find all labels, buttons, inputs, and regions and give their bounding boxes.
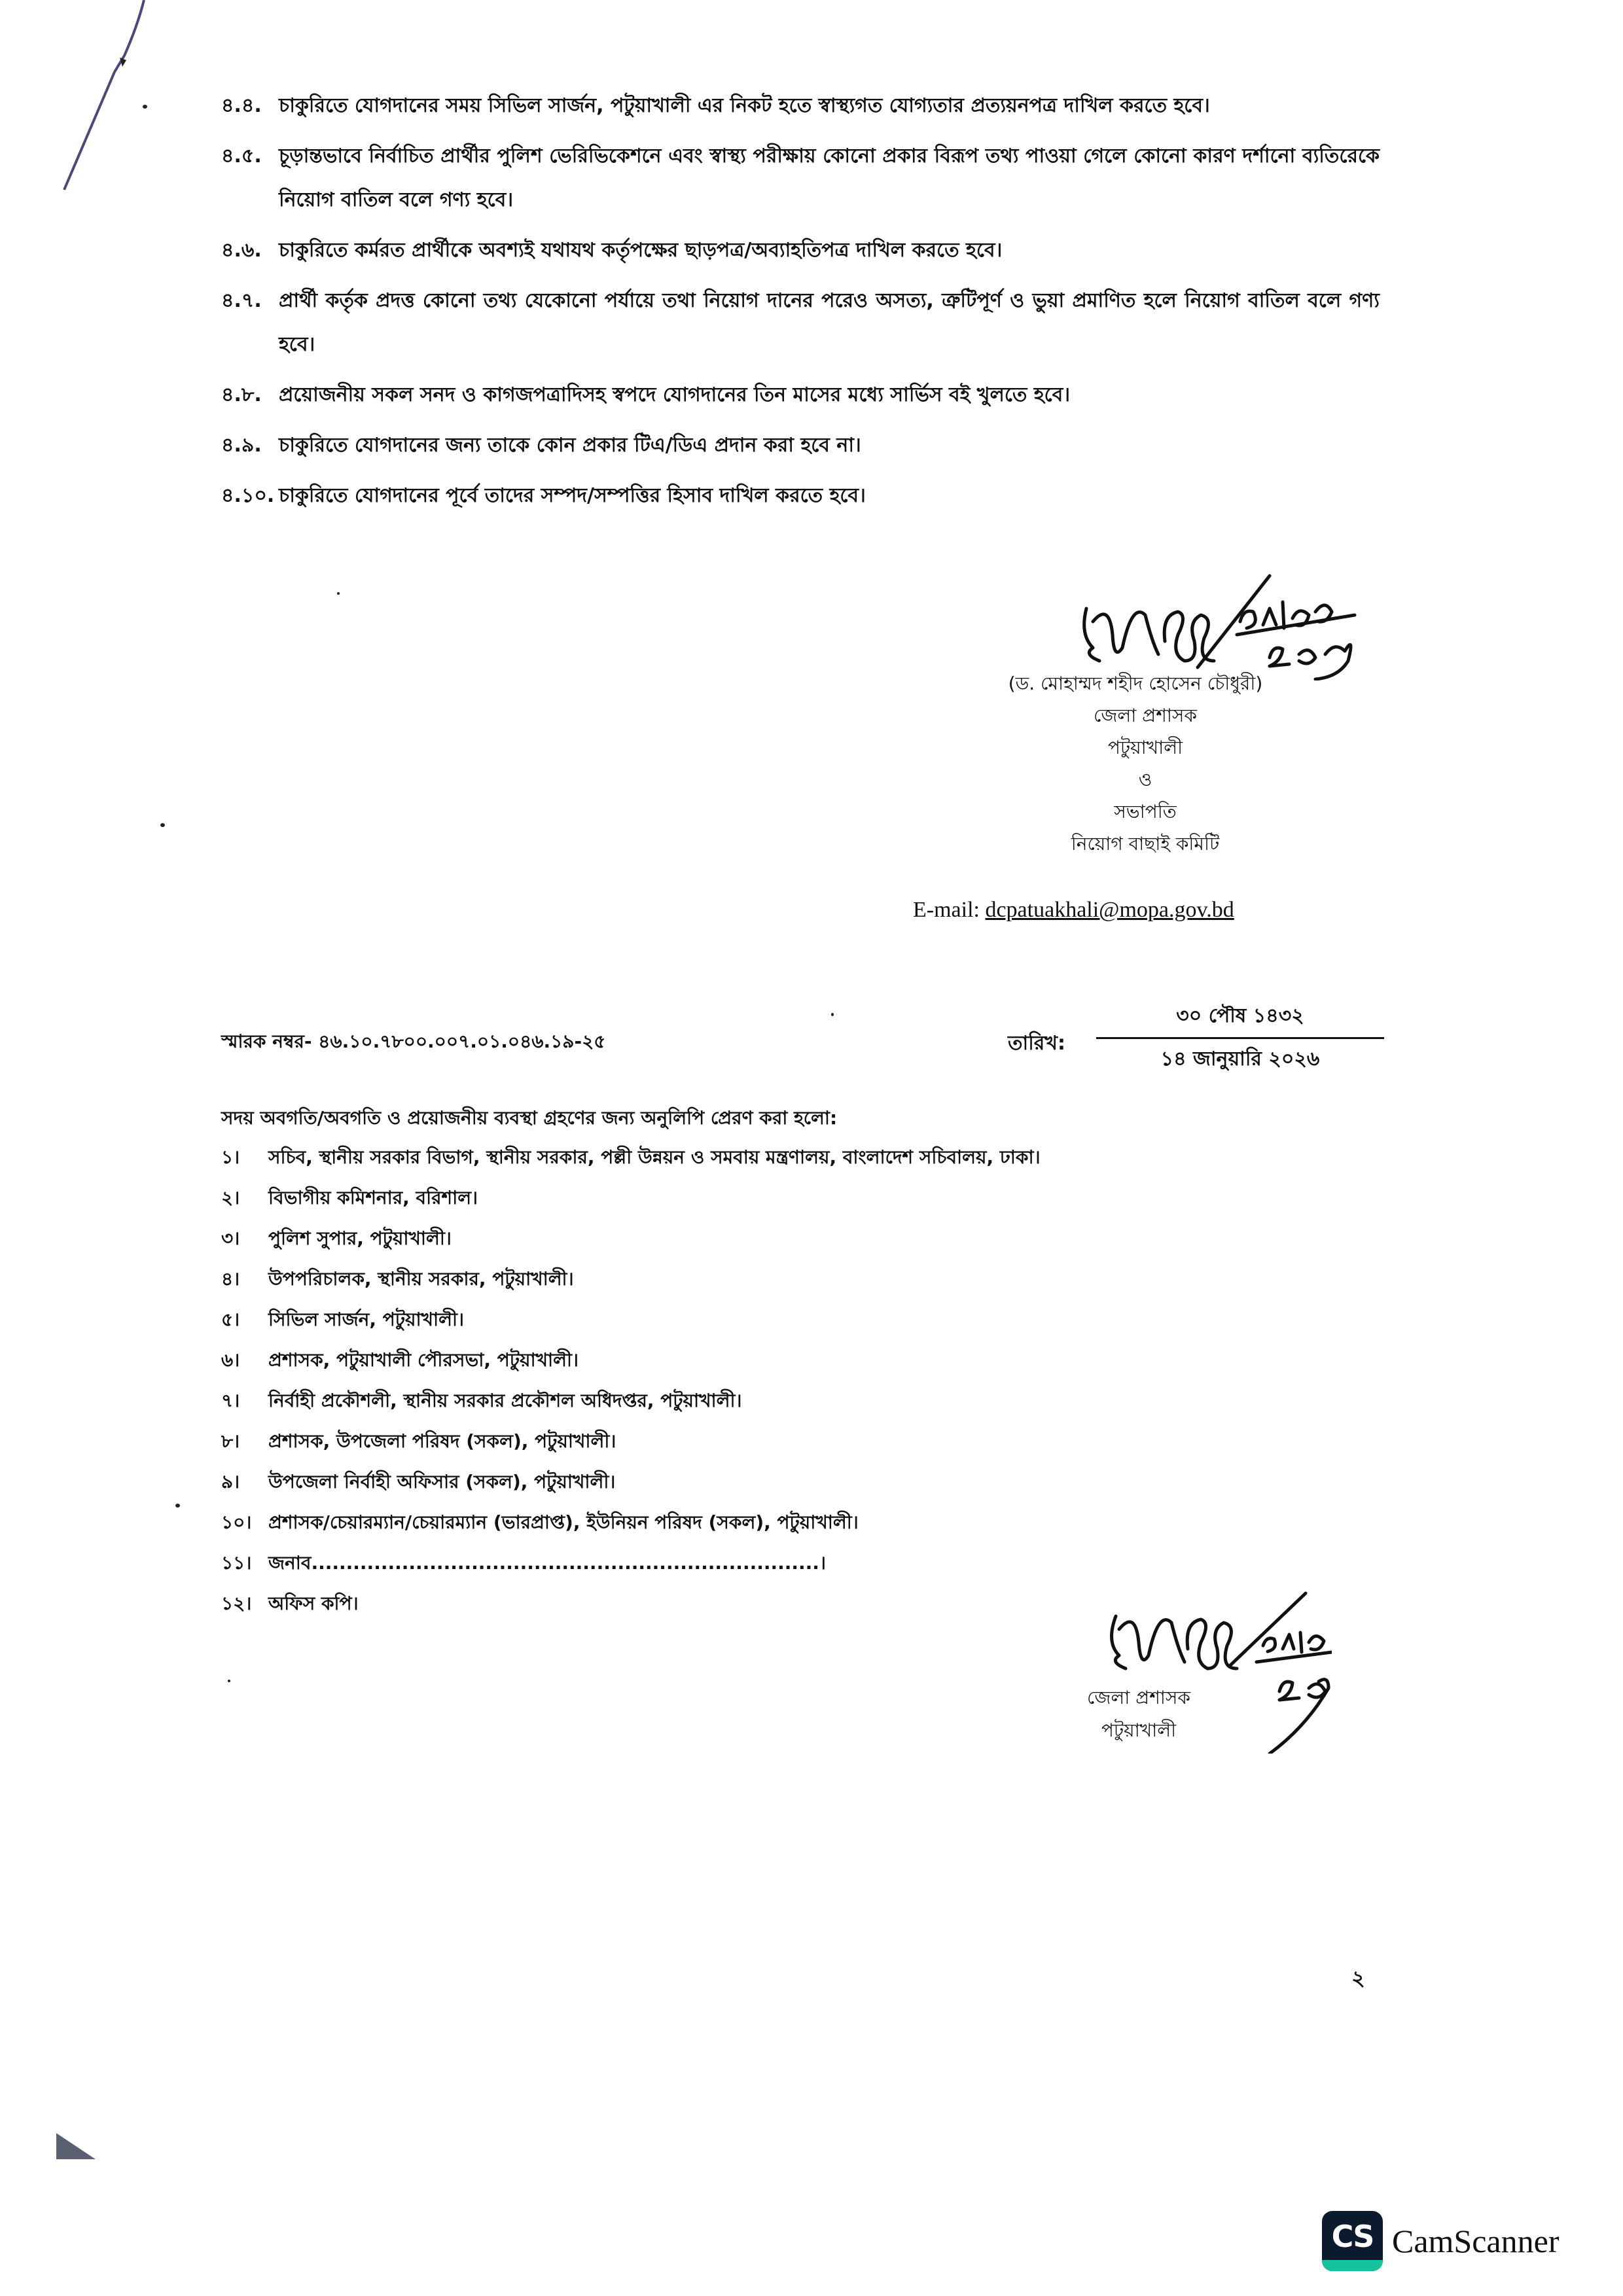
conditions-list: ৪.৪. চাকুরিতে যোগদানের সময় সিভিল সার্জন…: [221, 84, 1380, 524]
signatory-block: (ড. মোহাম্মদ শহীদ হোসেন চৌধুরী) জেলা প্র…: [982, 667, 1309, 860]
scan-speck: [228, 1680, 230, 1682]
signatory-designation: জেলা প্রশাসক: [982, 699, 1309, 732]
distribution-item: ৯। উপজেলা নির্বাহী অফিসার (সকল), পটুয়াখ…: [221, 1462, 1334, 1502]
condition-text: চাকুরিতে যোগদানের জন্য তাকে কোন প্রকার ট…: [279, 423, 1380, 467]
distribution-item: ১। সচিব, স্থানীয় সরকার বিভাগ, স্থানীয় …: [221, 1137, 1334, 1178]
distribution-number: ১২।: [221, 1583, 268, 1624]
condition-text: চূড়ান্তভাবে নির্বাচিত প্রার্থীর পুলিশ ভ…: [279, 134, 1380, 222]
signatory-name: (ড. মোহাম্মদ শহীদ হোসেন চৌধুরী): [962, 667, 1309, 699]
distribution-number: ২।: [221, 1178, 268, 1218]
distribution-item: ৪। উপপরিচালক, স্থানীয় সরকার, পটুয়াখালী…: [221, 1259, 1334, 1299]
date-label: তারিখ:: [1008, 1027, 1065, 1061]
distribution-item: ৫। সিভিল সার্জন, পটুয়াখালী।: [221, 1299, 1334, 1340]
signatory-role: সভাপতি: [982, 796, 1309, 828]
condition-number: ৪.৪.: [221, 84, 279, 128]
condition-number: ৪.৬.: [221, 228, 279, 272]
distribution-text: উপজেলা নির্বাহী অফিসার (সকল), পটুয়াখালী…: [268, 1462, 615, 1502]
email-line: E-mail: dcpatuakhali@mopa.gov.bd: [913, 898, 1234, 923]
document-page: ৪.৪. চাকুরিতে যোগদানের সময় সিভিল সার্জন…: [0, 0, 1623, 2296]
signatory2-district: পটুয়াখালী: [1073, 1714, 1204, 1747]
distribution-list: সদয় অবগতি/অবগতি ও প্রয়োজনীয় ব্যবস্থা …: [221, 1099, 1334, 1624]
camscanner-logo-band: [1322, 2260, 1383, 2271]
distribution-number: ১।: [221, 1137, 268, 1178]
distribution-number: ১০।: [221, 1502, 268, 1543]
distribution-number: ৪।: [221, 1259, 268, 1299]
distribution-text: প্রশাসক, উপজেলা পরিষদ (সকল), পটুয়াখালী।: [268, 1421, 616, 1462]
condition-item: ৪.৬. চাকুরিতে কর্মরত প্রার্থীকে অবশ্যই য…: [221, 228, 1380, 272]
distribution-item: ৩। পুলিশ সুপার, পটুয়াখালী।: [221, 1218, 1334, 1259]
distribution-item: ৮। প্রশাসক, উপজেলা পরিষদ (সকল), পটুয়াখা…: [221, 1421, 1334, 1462]
handwritten-signature: [1073, 563, 1361, 680]
distribution-intro: সদয় অবগতি/অবগতি ও প্রয়োজনীয় ব্যবস্থা …: [221, 1099, 1334, 1137]
date-bangla: ৩০ পৌষ ১৪৩২: [1096, 1000, 1384, 1039]
signatory-block-2: জেলা প্রশাসক পটুয়াখালী: [1073, 1682, 1204, 1747]
distribution-item: ১১। জনাব................................…: [221, 1543, 1334, 1583]
condition-item: ৪.৮. প্রয়োজনীয় সকল সনদ ও কাগজপত্রাদিসহ…: [221, 373, 1380, 417]
memo-value: ৪৬.১০.৭৮০০.০০৭.০১.০৪৬.১৯-২৫: [318, 1031, 605, 1052]
distribution-text: সচিব, স্থানীয় সরকার বিভাগ, স্থানীয় সরক…: [268, 1137, 1041, 1178]
distribution-number: ৯।: [221, 1462, 268, 1502]
distribution-text: পুলিশ সুপার, পটুয়াখালী।: [268, 1218, 452, 1259]
scan-speck: [143, 105, 147, 109]
email-label: E-mail:: [913, 898, 980, 922]
distribution-text: নির্বাহী প্রকৌশলী, স্থানীয় সরকার প্রকৌশ…: [268, 1381, 742, 1421]
distribution-text: জনাব....................................…: [268, 1543, 826, 1583]
signatory-committee: নিয়োগ বাছাই কমিটি: [982, 828, 1309, 860]
distribution-text: উপপরিচালক, স্থানীয় সরকার, পটুয়াখালী।: [268, 1259, 574, 1299]
distribution-number: ৮।: [221, 1421, 268, 1462]
memo-label: স্মারক নম্বর-: [221, 1031, 312, 1052]
distribution-text: অফিস কপি।: [268, 1583, 359, 1624]
distribution-number: ৬।: [221, 1340, 268, 1381]
condition-text: প্রার্থী কর্তৃক প্রদত্ত কোনো তথ্য যেকোনো…: [279, 279, 1380, 366]
distribution-text: প্রশাসক/চেয়ারম্যান/চেয়ারম্যান (ভারপ্রা…: [268, 1502, 859, 1543]
distribution-number: ১১।: [221, 1543, 268, 1583]
condition-text: প্রয়োজনীয় সকল সনদ ও কাগজপত্রাদিসহ স্বপ…: [279, 373, 1380, 417]
distribution-item: ২। বিভাগীয় কমিশনার, বরিশাল।: [221, 1178, 1334, 1218]
date-block: ৩০ পৌষ ১৪৩২ ১৪ জানুয়ারি ২০২৬: [1096, 1000, 1384, 1076]
distribution-item: ৬। প্রশাসক, পটুয়াখালী পৌরসভা, পটুয়াখাল…: [221, 1340, 1334, 1381]
signatory2-designation: জেলা প্রশাসক: [1073, 1682, 1204, 1714]
condition-number: ৪.৭.: [221, 279, 279, 366]
memo-number: স্মারক নম্বর- ৪৬.১০.৭৮০০.০০৭.০১.০৪৬.১৯-২…: [221, 1027, 605, 1058]
condition-number: ৪.৮.: [221, 373, 279, 417]
condition-item: ৪.৯. চাকুরিতে যোগদানের জন্য তাকে কোন প্র…: [221, 423, 1380, 467]
signatory-district: পটুয়াখালী: [982, 732, 1309, 764]
distribution-item: ৭। নির্বাহী প্রকৌশলী, স্থানীয় সরকার প্র…: [221, 1381, 1334, 1421]
camscanner-name: CamScanner: [1392, 2222, 1559, 2260]
condition-text: চাকুরিতে যোগদানের পূর্বে তাদের সম্পদ/সম্…: [279, 474, 1380, 518]
distribution-text: প্রশাসক, পটুয়াখালী পৌরসভা, পটুয়াখালী।: [268, 1340, 579, 1381]
condition-text: চাকুরিতে যোগদানের সময় সিভিল সার্জন, পটু…: [279, 84, 1380, 128]
condition-text: চাকুরিতে কর্মরত প্রার্থীকে অবশ্যই যথাযথ …: [279, 228, 1380, 272]
scan-corner-artifact: [56, 2133, 96, 2159]
signatory-conjunction: ও: [982, 764, 1309, 796]
distribution-text: বিভাগীয় কমিশনার, বরিশাল।: [268, 1178, 478, 1218]
scan-speck: [175, 1504, 180, 1508]
scan-speck: [160, 823, 165, 827]
condition-item: ৪.৪. চাকুরিতে যোগদানের সময় সিভিল সার্জন…: [221, 84, 1380, 128]
email-link[interactable]: dcpatuakhali@mopa.gov.bd: [985, 898, 1234, 922]
distribution-text: সিভিল সার্জন, পটুয়াখালী।: [268, 1299, 464, 1340]
date-gregorian: ১৪ জানুয়ারি ২০২৬: [1096, 1039, 1384, 1076]
distribution-item: ১০। প্রশাসক/চেয়ারম্যান/চেয়ারম্যান (ভার…: [221, 1502, 1334, 1543]
camscanner-logo-text: CS: [1322, 2219, 1383, 2254]
page-number: ২: [1351, 1962, 1365, 1997]
scan-speck: [337, 592, 340, 595]
condition-number: ৪.৫.: [221, 134, 279, 222]
scan-speck: [831, 1013, 834, 1016]
condition-item: ৪.১০. চাকুরিতে যোগদানের পূর্বে তাদের সম্…: [221, 474, 1380, 518]
distribution-number: ৩।: [221, 1218, 268, 1259]
condition-number: ৪.১০.: [221, 474, 279, 518]
distribution-number: ৭।: [221, 1381, 268, 1421]
camscanner-logo-icon: CS: [1322, 2211, 1383, 2271]
condition-item: ৪.৫. চূড়ান্তভাবে নির্বাচিত প্রার্থীর পু…: [221, 134, 1380, 222]
condition-number: ৪.৯.: [221, 423, 279, 467]
scan-pen-mark: [62, 0, 147, 196]
camscanner-watermark: CS CamScanner: [1322, 2211, 1559, 2271]
condition-item: ৪.৭. প্রার্থী কর্তৃক প্রদত্ত কোনো তথ্য য…: [221, 279, 1380, 366]
distribution-number: ৫।: [221, 1299, 268, 1340]
